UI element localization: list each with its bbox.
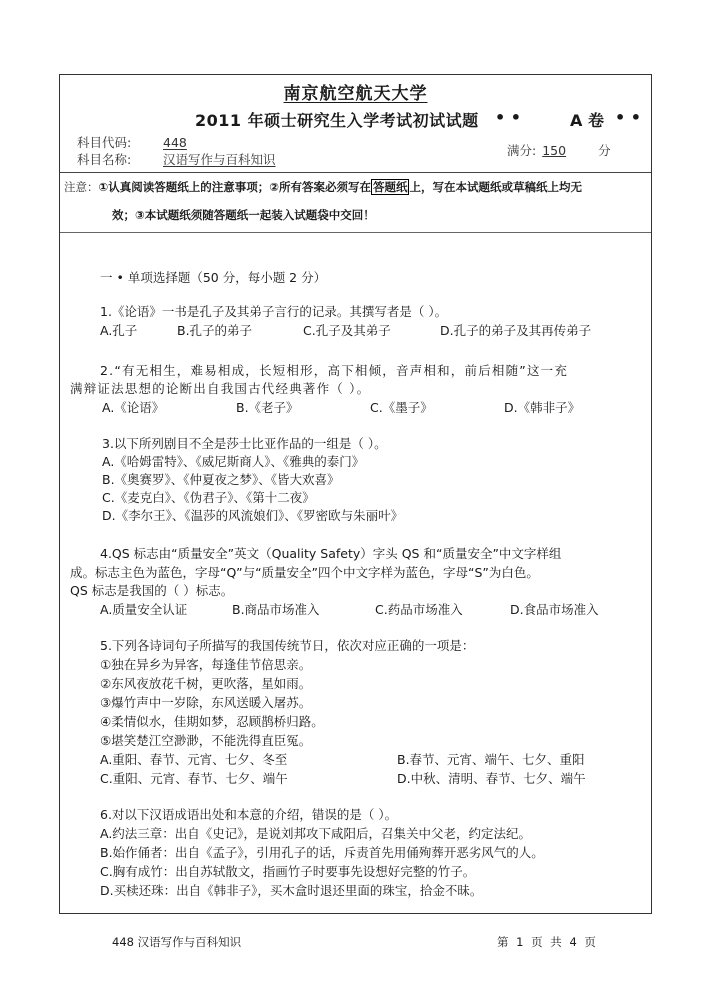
university-name-text: 南京航空航天大学 xyxy=(284,84,428,104)
exam-title: 2011 年硕士研究生入学考试初试试题 xyxy=(195,108,479,131)
option-d: D.《韩非子》 xyxy=(504,398,580,416)
option-a: A.《论语》 xyxy=(102,398,164,416)
question-5-verse-2: ②东风夜放花千树，更吹落，星如雨。 xyxy=(100,674,311,692)
paper-version: A 卷 xyxy=(570,108,604,131)
question-3-option-d: D.《李尔王》、《温莎的风流娘们》、《罗密欧与朱丽叶》 xyxy=(102,506,403,524)
option-b: B.春节、元宵、端午、七夕、重阳 xyxy=(397,750,585,768)
question-4-stem-2: 成。标志主色为蓝色，字母“Q”与“质量安全”四个中文字样为蓝色，字母“S”为白色… xyxy=(70,563,539,581)
footer-subject: 448 汉语写作与百科知识 xyxy=(112,934,241,950)
subject-name-row: 科目名称:汉语写作与百科知识 xyxy=(77,150,276,168)
question-6-option-b: B.始作俑者：出自《孟子》，引用孔子的话，斥责首先用俑殉葬开恶劣风气的人。 xyxy=(100,843,544,861)
option-d: D.中秋、清明、春节、七夕、端午 xyxy=(397,769,586,787)
option-b: B.孔子的弟子 xyxy=(177,321,252,339)
notice-label: 注意： xyxy=(64,180,99,194)
full-score-unit: 分 xyxy=(598,143,611,158)
notice-line-2: 效；③本试题纸须随答题纸一起装入试题袋中交回！ xyxy=(112,207,375,223)
question-6-stem: 6.对以下汉语成语出处和本意的介绍，错误的是（ ）。 xyxy=(100,805,397,823)
question-5-verse-4: ④柔情似水，佳期如梦，忍顾鹊桥归路。 xyxy=(100,712,324,730)
option-a: A.孔子 xyxy=(100,321,137,339)
question-3-option-a: A.《哈姆雷特》、《威尼斯商人》、《雅典的泰门》 xyxy=(102,452,364,470)
option-b: B.商品市场准入 xyxy=(232,600,320,618)
university-name: 南京航空航天大学 xyxy=(60,79,651,104)
notice-text: 上，写在本试题纸或草稿纸上均无 xyxy=(409,180,582,194)
option-d: D.孔子的弟子及其再传弟子 xyxy=(440,321,591,339)
question-5-stem: 5.下列各诗词句子所描写的我国传统节日，依次对应正确的一项是： xyxy=(100,636,474,654)
subject-name-label: 科目名称: xyxy=(77,150,163,168)
notice-text: ①认真阅读答题纸上的注意事项；②所有答案必须写在 xyxy=(99,180,371,194)
option-a: A.重阳、春节、元宵、七夕、冬至 xyxy=(100,750,287,768)
option-d: D.食品市场准入 xyxy=(510,600,599,618)
question-5-verse-3: ③爆竹声中一岁除，东风送暖入屠苏。 xyxy=(100,693,311,711)
question-1-stem: 1.《论语》一书是孔子及其弟子言行的记录。其撰写者是（ ）。 xyxy=(100,302,447,320)
exam-paper-frame: 南京航空航天大学 2011 年硕士研究生入学考试初试试题 • • A 卷 • •… xyxy=(59,74,652,914)
option-c: C.孔子及其弟子 xyxy=(303,321,391,339)
full-score: 满分:150分 xyxy=(507,141,611,159)
full-score-value: 150 xyxy=(542,143,566,158)
decorative-dots: • • xyxy=(615,108,641,127)
notice-line-1: 注意：①认真阅读答题纸上的注意事项；②所有答案必须写在答题纸上，写在本试题纸或草… xyxy=(64,179,582,195)
question-3-option-c: C.《麦克白》、《伪君子》、《第十二夜》 xyxy=(102,488,315,506)
exam-header: 南京航空航天大学 2011 年硕士研究生入学考试初试试题 • • A 卷 • •… xyxy=(60,75,651,173)
question-2-stem-2: 满辩证法思想的论断出自我国古代经典著作（ ）。 xyxy=(70,379,370,397)
notice-box: 注意：①认真阅读答题纸上的注意事项；②所有答案必须写在答题纸上，写在本试题纸或草… xyxy=(60,172,651,233)
question-4-stem-1: 4.QS 标志由“质量安全”英文（Quality Safety）字头 QS 和“… xyxy=(100,544,561,562)
option-c: C.重阳、元宵、春节、七夕、端午 xyxy=(100,769,288,787)
question-5-verse-5: ⑤堪笑楚江空渺渺，不能洗得直臣冤。 xyxy=(100,731,311,749)
footer-page-number: 第 1 页 共 4 页 xyxy=(497,934,596,950)
notice-boxed-text: 答题纸 xyxy=(371,179,410,195)
option-a: A.质量安全认证 xyxy=(100,600,187,618)
option-b: B.《老子》 xyxy=(236,398,299,416)
question-3-stem: 3.以下所列剧目不全是莎士比亚作品的一组是（ ）。 xyxy=(102,434,387,452)
decorative-dots: • • xyxy=(495,108,521,127)
question-6-option-d: D.买椟还珠：出自《韩非子》，买木盒时退还里面的珠宝，拾金不昧。 xyxy=(100,881,482,899)
full-score-label: 满分: xyxy=(507,143,536,158)
option-c: C.药品市场准入 xyxy=(375,600,463,618)
subject-code-row: 科目代码:448 xyxy=(77,133,187,151)
subject-code-label: 科目代码: xyxy=(77,133,163,151)
question-2-stem-1: 2.“有无相生，难易相成，长短相形，高下相倾，音声相和，前后相随”这一充 xyxy=(100,361,568,379)
question-5-verse-1: ①独在异乡为异客，每逢佳节倍思亲。 xyxy=(100,655,311,673)
option-c: C.《墨子》 xyxy=(370,398,433,416)
question-4-stem-3: QS 标志是我国的（ ）标志。 xyxy=(70,581,233,599)
section-title: 一 • 单项选择题（50 分，每小题 2 分） xyxy=(100,268,326,286)
subject-code-value: 448 xyxy=(163,135,187,150)
question-6-option-c: C.胸有成竹：出自苏轼散文，指画竹子时要事先设想好完整的竹子。 xyxy=(100,862,475,880)
question-3-option-b: B.《奥赛罗》、《仲夏夜之梦》、《皆大欢喜》 xyxy=(102,470,340,488)
question-6-option-a: A.约法三章：出自《史记》，是说刘邦攻下咸阳后，召集关中父老，约定法纪。 xyxy=(100,824,531,842)
subject-name-value: 汉语写作与百科知识 xyxy=(163,152,276,167)
